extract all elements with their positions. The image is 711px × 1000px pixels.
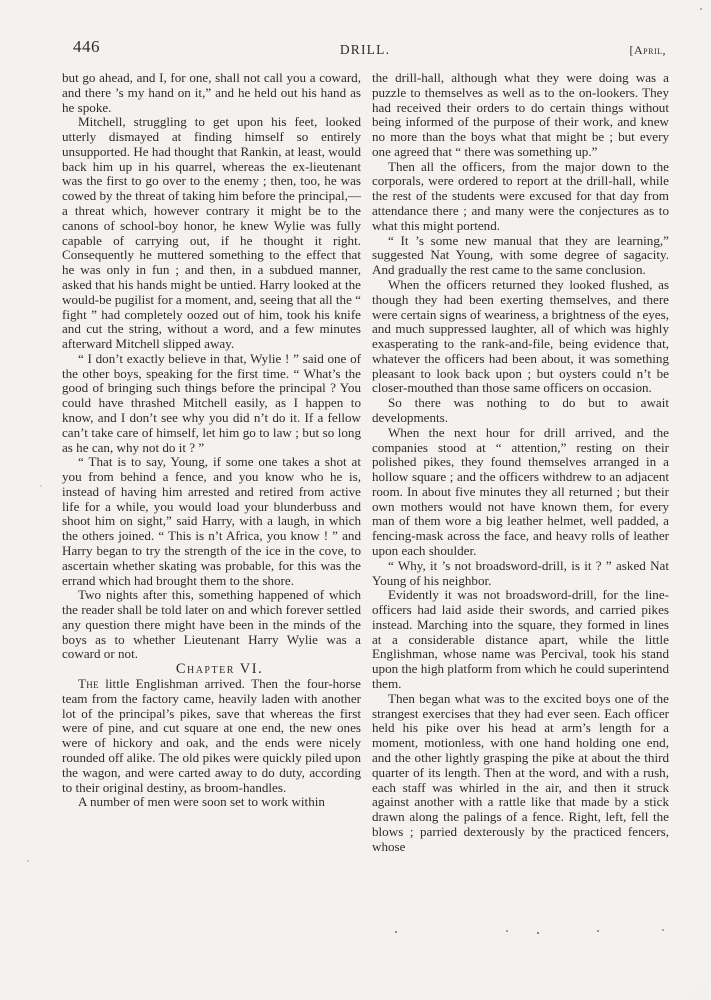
text-paragraph: When the officers returned they looked f… bbox=[372, 278, 669, 396]
text-paragraph: “ Why, it ’s not broadsword-drill, is it… bbox=[372, 559, 669, 589]
text-paragraph: but go ahead, and I, for one, shall not … bbox=[62, 71, 361, 115]
text-paragraph: The little Englishman arrived. Then the … bbox=[62, 677, 361, 795]
chapter-lead-word: The bbox=[78, 676, 99, 691]
right-text-column: the drill-hall, although what they were … bbox=[372, 71, 669, 933]
text-paragraph: A number of men were soon set to work wi… bbox=[62, 795, 361, 810]
chapter-heading: Chapter VI. bbox=[62, 662, 361, 677]
text-paragraph: So there was nothing to do but to await … bbox=[372, 396, 669, 426]
left-text-column: but go ahead, and I, for one, shall not … bbox=[62, 71, 361, 933]
scan-speck-artifacts bbox=[0, 0, 2, 2]
text-paragraph: “ That is to say, Young, if some one tak… bbox=[62, 455, 361, 588]
text-paragraph: Then all the officers, from the major do… bbox=[372, 160, 669, 234]
book-page: 446 DRILL. [April, but go ahead, and I, … bbox=[0, 0, 711, 1000]
text-paragraph: Two nights after this, something happene… bbox=[62, 588, 361, 662]
text-paragraph: “ I don’t exactly believe in that, Wylie… bbox=[62, 352, 361, 455]
text-paragraph: the drill-hall, although what they were … bbox=[372, 71, 669, 160]
text-paragraph: When the next hour for drill arrived, an… bbox=[372, 426, 669, 559]
running-head-issue: [April, bbox=[62, 43, 666, 58]
chapter-opening-text: little Englishman arrived. Then the four… bbox=[62, 676, 361, 794]
text-paragraph: “ It ’s some new manual that they are le… bbox=[372, 234, 669, 278]
text-paragraph: Evidently it was not broadsword-drill, f… bbox=[372, 588, 669, 691]
text-paragraph: Mitchell, struggling to get upon his fee… bbox=[62, 115, 361, 352]
text-paragraph: Then began what was to the excited boys … bbox=[372, 692, 669, 855]
